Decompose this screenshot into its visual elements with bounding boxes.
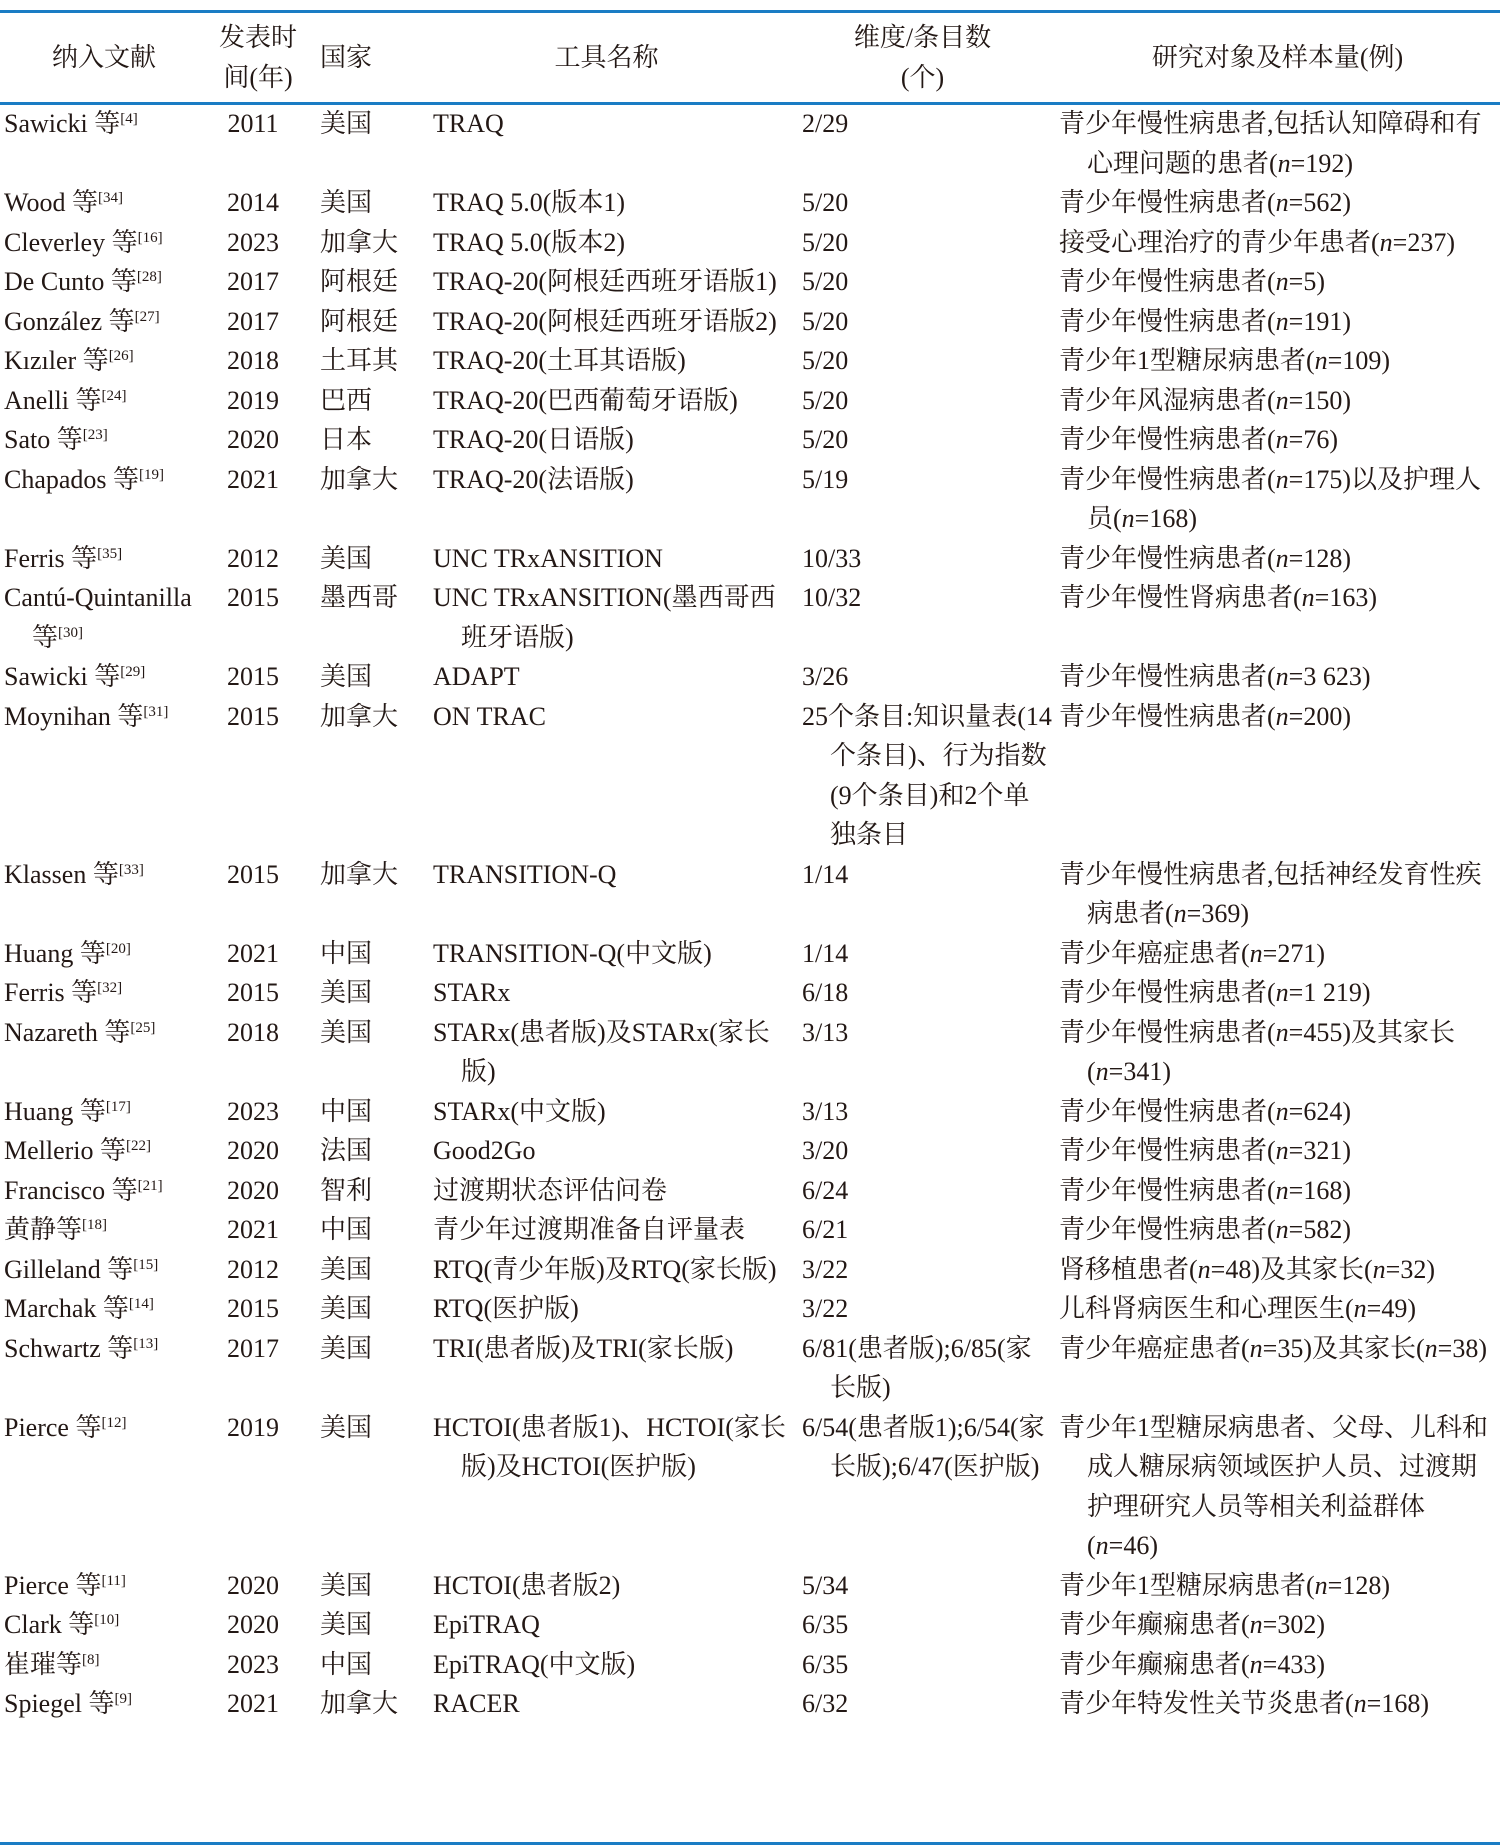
cell-year: 2020 — [208, 1131, 308, 1171]
dimensions-value: 1/14 — [802, 855, 1055, 895]
cell-country: 美国 — [308, 102, 423, 183]
citation: [11] — [101, 1573, 125, 1589]
cell-country: 美国 — [308, 1289, 423, 1329]
header-subjects: 研究对象及样本量(例) — [1055, 13, 1500, 102]
tool-name: STARx(中文版) — [433, 1092, 790, 1132]
cell-dimensions: 5/20 — [790, 420, 1055, 460]
cell-year: 2015 — [208, 973, 308, 1013]
cell-year: 2018 — [208, 1013, 308, 1092]
cell-reference: Clark 等[10] — [0, 1605, 208, 1645]
cell-subjects: 青少年慢性肾病患者(n=163) — [1055, 578, 1500, 657]
cell-subjects: 青少年慢性病患者(n=200) — [1055, 697, 1500, 855]
citation: [15] — [133, 1257, 158, 1273]
cell-reference: Huang 等[20] — [0, 934, 208, 974]
cell-subjects: 青少年癫痫患者(n=433) — [1055, 1645, 1500, 1685]
dimensions-value: 6/81(患者版);6/85(家长版) — [802, 1329, 1055, 1408]
cell-subjects: 青少年特发性关节炎患者(n=168) — [1055, 1684, 1500, 1724]
cell-year: 2017 — [208, 1329, 308, 1408]
cell-year: 2021 — [208, 934, 308, 974]
subjects-value: 青少年慢性病患者(n=76) — [1059, 420, 1494, 460]
cell-reference: Cantú-Quintanilla 等[30] — [0, 578, 208, 657]
cell-tool: HCTOI(患者版1)、HCTOI(家长版)及HCTOI(医护版) — [423, 1408, 790, 1566]
subjects-value: 青少年慢性病患者(n=3 623) — [1059, 657, 1494, 697]
cell-subjects: 青少年1型糖尿病患者(n=109) — [1055, 341, 1500, 381]
cell-country: 阿根廷 — [308, 262, 423, 302]
cell-reference: 黄静等[18] — [0, 1210, 208, 1250]
cell-dimensions: 3/26 — [790, 657, 1055, 697]
tool-name: TRI(患者版)及TRI(家长版) — [433, 1329, 790, 1369]
tool-name: HCTOI(患者版2) — [433, 1566, 790, 1606]
cell-country: 中国 — [308, 1092, 423, 1132]
author: Pierce 等 — [4, 1413, 101, 1442]
cell-year: 2023 — [208, 1092, 308, 1132]
cell-country: 土耳其 — [308, 341, 423, 381]
cell-year: 2015 — [208, 697, 308, 855]
cell-tool: TRAQ-20(土耳其语版) — [423, 341, 790, 381]
citation: [21] — [138, 1178, 163, 1194]
cell-tool: TRAQ-20(巴西葡萄牙语版) — [423, 381, 790, 421]
cell-subjects: 青少年慢性病患者(n=76) — [1055, 420, 1500, 460]
cell-country: 美国 — [308, 1329, 423, 1408]
cell-country: 加拿大 — [308, 855, 423, 934]
subjects-value: 青少年特发性关节炎患者(n=168) — [1059, 1684, 1494, 1724]
cell-subjects: 青少年慢性病患者(n=624) — [1055, 1092, 1500, 1132]
tool-name: STARx(患者版)及STARx(家长版) — [433, 1013, 790, 1092]
cell-year: 2015 — [208, 578, 308, 657]
author: Cantú-Quintanilla 等 — [4, 583, 192, 652]
tool-name: TRANSITION-Q — [433, 855, 790, 895]
author: Spiegel 等 — [4, 1689, 115, 1718]
cell-subjects: 青少年风湿病患者(n=150) — [1055, 381, 1500, 421]
author: Chapados 等 — [4, 465, 139, 494]
cell-reference: Wood 等[34] — [0, 183, 208, 223]
table-body: Sawicki 等[4] 2011 美国 TRAQ 2/29 青少年慢性病患者,… — [0, 102, 1500, 1724]
citation: [10] — [94, 1612, 119, 1628]
tool-name: RTQ(青少年版)及RTQ(家长版) — [433, 1250, 790, 1290]
author: Nazareth 等 — [4, 1018, 130, 1047]
cell-dimensions: 6/35 — [790, 1605, 1055, 1645]
table-row: Huang 等[20] 2021 中国 TRANSITION-Q(中文版) 1/… — [0, 934, 1500, 974]
citation: [16] — [138, 230, 163, 246]
table-row: Klassen 等[33] 2015 加拿大 TRANSITION-Q 1/14… — [0, 855, 1500, 934]
tool-name: TRAQ-20(巴西葡萄牙语版) — [433, 381, 790, 421]
dimensions-value: 25个条目:知识量表(14个条目)、行为指数(9个条目)和2个单独条目 — [802, 697, 1055, 855]
cell-tool: TRAQ-20(日语版) — [423, 420, 790, 460]
tool-name: TRAQ 5.0(版本2) — [433, 223, 790, 263]
cell-year: 2020 — [208, 1171, 308, 1211]
cell-dimensions: 5/20 — [790, 302, 1055, 342]
dimensions-value: 6/54(患者版1);6/54(家长版);6/47(医护版) — [802, 1408, 1055, 1487]
subjects-value: 青少年癫痫患者(n=433) — [1059, 1645, 1494, 1685]
cell-country: 美国 — [308, 1408, 423, 1566]
dimensions-value: 5/20 — [802, 262, 1055, 302]
table-row: Moynihan 等[31] 2015 加拿大 ON TRAC 25个条目:知识… — [0, 697, 1500, 855]
table-row: Wood 等[34] 2014 美国 TRAQ 5.0(版本1) 5/20 青少… — [0, 183, 1500, 223]
table-row: Ferris 等[35] 2012 美国 UNC TRxANSITION 10/… — [0, 539, 1500, 579]
cell-tool: EpiTRAQ — [423, 1605, 790, 1645]
subjects-value: 青少年慢性病患者(n=175)以及护理人员(n=168) — [1059, 460, 1494, 539]
cell-country: 加拿大 — [308, 697, 423, 855]
dimensions-value: 3/20 — [802, 1131, 1055, 1171]
cell-tool: Good2Go — [423, 1131, 790, 1171]
cell-tool: EpiTRAQ(中文版) — [423, 1645, 790, 1685]
citation: [29] — [120, 664, 145, 680]
author: Klassen 等 — [4, 860, 119, 889]
cell-tool: TRAQ-20(阿根廷西班牙语版2) — [423, 302, 790, 342]
cell-dimensions: 10/33 — [790, 539, 1055, 579]
author: Sato 等 — [4, 425, 83, 454]
table-row: Pierce 等[11] 2020 美国 HCTOI(患者版2) 5/34 青少… — [0, 1566, 1500, 1606]
cell-reference: Sato 等[23] — [0, 420, 208, 460]
cell-dimensions: 5/20 — [790, 381, 1055, 421]
cell-year: 2020 — [208, 1566, 308, 1606]
cell-country: 美国 — [308, 539, 423, 579]
dimensions-value: 2/29 — [802, 104, 1055, 144]
cell-year: 2021 — [208, 1210, 308, 1250]
tool-name: EpiTRAQ(中文版) — [433, 1645, 790, 1685]
author: Moynihan 等 — [4, 702, 143, 731]
cell-reference: Kızıler 等[26] — [0, 341, 208, 381]
cell-tool: TRAQ-20(阿根廷西班牙语版1) — [423, 262, 790, 302]
table-row: Mellerio 等[22] 2020 法国 Good2Go 3/20 青少年慢… — [0, 1131, 1500, 1171]
cell-year: 2020 — [208, 420, 308, 460]
cell-year: 2021 — [208, 460, 308, 539]
cell-dimensions: 1/14 — [790, 934, 1055, 974]
cell-reference: Chapados 等[19] — [0, 460, 208, 539]
subjects-value: 青少年慢性病患者(n=624) — [1059, 1092, 1494, 1132]
subjects-value: 青少年慢性病患者(n=321) — [1059, 1131, 1494, 1171]
tool-name: UNC TRxANSITION(墨西哥西班牙语版) — [433, 578, 790, 657]
cell-dimensions: 5/34 — [790, 1566, 1055, 1606]
cell-tool: TRANSITION-Q(中文版) — [423, 934, 790, 974]
author: Ferris 等 — [4, 978, 97, 1007]
dimensions-value: 6/18 — [802, 973, 1055, 1013]
citation: [22] — [126, 1138, 151, 1154]
tool-name: TRANSITION-Q(中文版) — [433, 934, 790, 974]
cell-dimensions: 3/13 — [790, 1013, 1055, 1092]
cell-tool: RTQ(青少年版)及RTQ(家长版) — [423, 1250, 790, 1290]
cell-subjects: 青少年慢性病患者(n=562) — [1055, 183, 1500, 223]
instruments-table: 纳入文献 发表时间(年) 国家 工具名称 维度/条目数(个) 研究对象及样本量(… — [0, 13, 1500, 1724]
tool-name: TRAQ-20(阿根廷西班牙语版2) — [433, 302, 790, 342]
author: Marchak 等 — [4, 1294, 129, 1323]
cell-year: 2015 — [208, 1289, 308, 1329]
cell-year: 2015 — [208, 855, 308, 934]
cell-subjects: 青少年1型糖尿病患者、父母、儿科和成人糖尿病领域医护人员、过渡期护理研究人员等相… — [1055, 1408, 1500, 1566]
cell-reference: González 等[27] — [0, 302, 208, 342]
cell-reference: Ferris 等[32] — [0, 973, 208, 1013]
cell-country: 美国 — [308, 1013, 423, 1092]
subjects-value: 青少年癌症患者(n=35)及其家长(n=38) — [1059, 1329, 1494, 1369]
tool-name: UNC TRxANSITION — [433, 539, 790, 579]
cell-tool: TRI(患者版)及TRI(家长版) — [423, 1329, 790, 1408]
dimensions-value: 3/13 — [802, 1013, 1055, 1053]
table-row: 黄静等[18] 2021 中国 青少年过渡期准备自评量表 6/21 青少年慢性病… — [0, 1210, 1500, 1250]
cell-reference: Pierce 等[12] — [0, 1408, 208, 1566]
cell-dimensions: 3/20 — [790, 1131, 1055, 1171]
cell-subjects: 青少年慢性病患者(n=175)以及护理人员(n=168) — [1055, 460, 1500, 539]
subjects-value: 青少年慢性肾病患者(n=163) — [1059, 578, 1494, 618]
tool-name: TRAQ — [433, 104, 790, 144]
dimensions-value: 5/20 — [802, 183, 1055, 223]
table-row: Huang 等[17] 2023 中国 STARx(中文版) 3/13 青少年慢… — [0, 1092, 1500, 1132]
cell-tool: TRAQ 5.0(版本2) — [423, 223, 790, 263]
cell-reference: Sawicki 等[29] — [0, 657, 208, 697]
tool-name: Good2Go — [433, 1131, 790, 1171]
citation: [18] — [82, 1217, 107, 1233]
subjects-value: 青少年风湿病患者(n=150) — [1059, 381, 1494, 421]
cell-country: 法国 — [308, 1131, 423, 1171]
citation: [13] — [133, 1336, 158, 1352]
cell-tool: HCTOI(患者版2) — [423, 1566, 790, 1606]
cell-reference: 崔璀等[8] — [0, 1645, 208, 1685]
table-row: Sawicki 等[4] 2011 美国 TRAQ 2/29 青少年慢性病患者,… — [0, 102, 1500, 183]
dimensions-value: 6/24 — [802, 1171, 1055, 1211]
cell-dimensions: 6/21 — [790, 1210, 1055, 1250]
cell-reference: De Cunto 等[28] — [0, 262, 208, 302]
tool-name: 青少年过渡期准备自评量表 — [433, 1210, 790, 1250]
dimensions-value: 5/20 — [802, 223, 1055, 263]
cell-tool: ADAPT — [423, 657, 790, 697]
cell-reference: Sawicki 等[4] — [0, 102, 208, 183]
tool-name: EpiTRAQ — [433, 1605, 790, 1645]
header-dimensions: 维度/条目数(个) — [790, 13, 1055, 102]
author: Clark 等 — [4, 1610, 94, 1639]
cell-dimensions: 5/20 — [790, 341, 1055, 381]
cell-year: 2023 — [208, 223, 308, 263]
cell-reference: Huang 等[17] — [0, 1092, 208, 1132]
cell-tool: UNC TRxANSITION — [423, 539, 790, 579]
author: Gilleland 等 — [4, 1255, 133, 1284]
dimensions-value: 5/34 — [802, 1566, 1055, 1606]
author: Cleverley 等 — [4, 228, 138, 257]
cell-year: 2018 — [208, 341, 308, 381]
cell-subjects: 青少年慢性病患者,包括认知障碍和有心理问题的患者(n=192) — [1055, 102, 1500, 183]
cell-country: 墨西哥 — [308, 578, 423, 657]
author: Pierce 等 — [4, 1571, 101, 1600]
tool-name: TRAQ 5.0(版本1) — [433, 183, 790, 223]
citation: [19] — [139, 467, 164, 483]
table-row: Pierce 等[12] 2019 美国 HCTOI(患者版1)、HCTOI(家… — [0, 1408, 1500, 1566]
cell-dimensions: 5/20 — [790, 223, 1055, 263]
cell-subjects: 肾移植患者(n=48)及其家长(n=32) — [1055, 1250, 1500, 1290]
tool-name: TRAQ-20(法语版) — [433, 460, 790, 500]
dimensions-value: 3/22 — [802, 1250, 1055, 1290]
tool-name: TRAQ-20(日语版) — [433, 420, 790, 460]
cell-reference: Spiegel 等[9] — [0, 1684, 208, 1724]
author: González 等 — [4, 307, 135, 336]
dimensions-value: 3/26 — [802, 657, 1055, 697]
citation: [33] — [119, 862, 144, 878]
author: Wood 等 — [4, 188, 98, 217]
cell-country: 美国 — [308, 657, 423, 697]
table-row: Nazareth 等[25] 2018 美国 STARx(患者版)及STARx(… — [0, 1013, 1500, 1092]
dimensions-value: 5/20 — [802, 381, 1055, 421]
table-row: Francisco 等[21] 2020 智利 过渡期状态评估问卷 6/24 青… — [0, 1171, 1500, 1211]
subjects-value: 肾移植患者(n=48)及其家长(n=32) — [1059, 1250, 1494, 1290]
cell-reference: Moynihan 等[31] — [0, 697, 208, 855]
cell-country: 日本 — [308, 420, 423, 460]
dimensions-value: 3/13 — [802, 1092, 1055, 1132]
citation: [27] — [135, 309, 160, 325]
cell-reference: Anelli 等[24] — [0, 381, 208, 421]
cell-country: 阿根廷 — [308, 302, 423, 342]
cell-dimensions: 5/19 — [790, 460, 1055, 539]
cell-country: 智利 — [308, 1171, 423, 1211]
cell-country: 美国 — [308, 973, 423, 1013]
subjects-value: 青少年慢性病患者(n=168) — [1059, 1171, 1494, 1211]
citation: [28] — [137, 269, 162, 285]
subjects-value: 青少年慢性病患者(n=582) — [1059, 1210, 1494, 1250]
author: De Cunto 等 — [4, 267, 137, 296]
cell-tool: STARx — [423, 973, 790, 1013]
table-row: González 等[27] 2017 阿根廷 TRAQ-20(阿根廷西班牙语版… — [0, 302, 1500, 342]
cell-dimensions: 10/32 — [790, 578, 1055, 657]
cell-dimensions: 6/54(患者版1);6/54(家长版);6/47(医护版) — [790, 1408, 1055, 1566]
cell-subjects: 青少年慢性病患者(n=128) — [1055, 539, 1500, 579]
cell-country: 美国 — [308, 1566, 423, 1606]
dimensions-value: 6/35 — [802, 1645, 1055, 1685]
cell-tool: TRAQ — [423, 102, 790, 183]
subjects-value: 青少年1型糖尿病患者(n=109) — [1059, 341, 1494, 381]
cell-year: 2020 — [208, 1605, 308, 1645]
cell-dimensions: 6/81(患者版);6/85(家长版) — [790, 1329, 1055, 1408]
author: Sawicki 等 — [4, 109, 120, 138]
citation: [34] — [98, 190, 123, 206]
cell-subjects: 青少年慢性病患者(n=321) — [1055, 1131, 1500, 1171]
cell-reference: Schwartz 等[13] — [0, 1329, 208, 1408]
dimensions-value: 3/22 — [802, 1289, 1055, 1329]
table-row: Sawicki 等[29] 2015 美国 ADAPT 3/26 青少年慢性病患… — [0, 657, 1500, 697]
tool-name: TRAQ-20(阿根廷西班牙语版1) — [433, 262, 790, 302]
dimensions-value: 6/32 — [802, 1684, 1055, 1724]
cell-subjects: 青少年慢性病患者(n=168) — [1055, 1171, 1500, 1211]
cell-dimensions: 6/35 — [790, 1645, 1055, 1685]
citation: [9] — [115, 1691, 133, 1707]
author: Kızıler 等 — [4, 346, 109, 375]
dimensions-value: 5/20 — [802, 341, 1055, 381]
subjects-value: 青少年慢性病患者(n=1 219) — [1059, 973, 1494, 1013]
subjects-value: 青少年癫痫患者(n=302) — [1059, 1605, 1494, 1645]
author: 崔璀等 — [4, 1650, 82, 1679]
cell-subjects: 青少年癌症患者(n=35)及其家长(n=38) — [1055, 1329, 1500, 1408]
cell-dimensions: 2/29 — [790, 102, 1055, 183]
cell-dimensions: 6/32 — [790, 1684, 1055, 1724]
cell-reference: Pierce 等[11] — [0, 1566, 208, 1606]
header-tool: 工具名称 — [423, 13, 790, 102]
cell-tool: UNC TRxANSITION(墨西哥西班牙语版) — [423, 578, 790, 657]
cell-subjects: 青少年慢性病患者(n=455)及其家长(n=341) — [1055, 1013, 1500, 1092]
cell-subjects: 青少年慢性病患者,包括神经发育性疾病患者(n=369) — [1055, 855, 1500, 934]
author: Ferris 等 — [4, 544, 97, 573]
citation: [8] — [82, 1652, 100, 1668]
cell-tool: TRAQ 5.0(版本1) — [423, 183, 790, 223]
cell-tool: STARx(患者版)及STARx(家长版) — [423, 1013, 790, 1092]
citation: [4] — [120, 111, 138, 127]
subjects-value: 青少年1型糖尿病患者、父母、儿科和成人糖尿病领域医护人员、过渡期护理研究人员等相… — [1059, 1408, 1494, 1566]
table-header-row: 纳入文献 发表时间(年) 国家 工具名称 维度/条目数(个) 研究对象及样本量(… — [0, 13, 1500, 102]
table-row: Schwartz 等[13] 2017 美国 TRI(患者版)及TRI(家长版)… — [0, 1329, 1500, 1408]
citation: [12] — [101, 1415, 126, 1431]
table-bottom-rule — [0, 1842, 1500, 1845]
table-row: Sato 等[23] 2020 日本 TRAQ-20(日语版) 5/20 青少年… — [0, 420, 1500, 460]
cell-country: 美国 — [308, 1250, 423, 1290]
dimensions-value: 1/14 — [802, 934, 1055, 974]
cell-subjects: 青少年慢性病患者(n=3 623) — [1055, 657, 1500, 697]
cell-country: 美国 — [308, 183, 423, 223]
tool-name: 过渡期状态评估问卷 — [433, 1171, 790, 1211]
cell-year: 2012 — [208, 539, 308, 579]
table-row: Kızıler 等[26] 2018 土耳其 TRAQ-20(土耳其语版) 5/… — [0, 341, 1500, 381]
cell-dimensions: 1/14 — [790, 855, 1055, 934]
cell-reference: Gilleland 等[15] — [0, 1250, 208, 1290]
cell-dimensions: 5/20 — [790, 262, 1055, 302]
cell-country: 加拿大 — [308, 223, 423, 263]
tool-name: RTQ(医护版) — [433, 1289, 790, 1329]
cell-country: 中国 — [308, 934, 423, 974]
cell-subjects: 青少年慢性病患者(n=5) — [1055, 262, 1500, 302]
subjects-value: 儿科肾病医生和心理医生(n=49) — [1059, 1289, 1494, 1329]
header-year-label: 发表时间(年) — [213, 18, 303, 98]
citation: [30] — [58, 625, 83, 641]
cell-year: 2012 — [208, 1250, 308, 1290]
cell-country: 巴西 — [308, 381, 423, 421]
table-row: Anelli 等[24] 2019 巴西 TRAQ-20(巴西葡萄牙语版) 5/… — [0, 381, 1500, 421]
author: Sawicki 等 — [4, 662, 120, 691]
tool-name: RACER — [433, 1684, 790, 1724]
citation: [14] — [129, 1296, 154, 1312]
cell-country: 中国 — [308, 1645, 423, 1685]
author: Schwartz 等 — [4, 1334, 133, 1363]
table-row: De Cunto 等[28] 2017 阿根廷 TRAQ-20(阿根廷西班牙语版… — [0, 262, 1500, 302]
header-ref: 纳入文献 — [0, 13, 208, 102]
subjects-value: 青少年慢性病患者(n=200) — [1059, 697, 1494, 737]
cell-year: 2017 — [208, 262, 308, 302]
dimensions-value: 6/35 — [802, 1605, 1055, 1645]
citation: [23] — [83, 427, 108, 443]
cell-tool: ON TRAC — [423, 697, 790, 855]
cell-reference: Nazareth 等[25] — [0, 1013, 208, 1092]
subjects-value: 青少年慢性病患者(n=562) — [1059, 183, 1494, 223]
cell-year: 2019 — [208, 1408, 308, 1566]
cell-subjects: 儿科肾病医生和心理医生(n=49) — [1055, 1289, 1500, 1329]
subjects-value: 青少年慢性病患者,包括神经发育性疾病患者(n=369) — [1059, 855, 1494, 934]
citation: [17] — [106, 1099, 131, 1115]
citation: [25] — [130, 1020, 155, 1036]
tool-name: ADAPT — [433, 657, 790, 697]
cell-dimensions: 5/20 — [790, 183, 1055, 223]
cell-subjects: 青少年1型糖尿病患者(n=128) — [1055, 1566, 1500, 1606]
cell-reference: Ferris 等[35] — [0, 539, 208, 579]
citation: [20] — [106, 941, 131, 957]
cell-subjects: 青少年慢性病患者(n=1 219) — [1055, 973, 1500, 1013]
subjects-value: 青少年癌症患者(n=271) — [1059, 934, 1494, 974]
subjects-value: 青少年慢性病患者(n=191) — [1059, 302, 1494, 342]
header-dimensions-label: 维度/条目数(个) — [853, 18, 993, 98]
cell-dimensions: 6/24 — [790, 1171, 1055, 1211]
table-row: 崔璀等[8] 2023 中国 EpiTRAQ(中文版) 6/35 青少年癫痫患者… — [0, 1645, 1500, 1685]
cell-tool: RTQ(医护版) — [423, 1289, 790, 1329]
cell-dimensions: 6/18 — [790, 973, 1055, 1013]
cell-year: 2023 — [208, 1645, 308, 1685]
dimensions-value: 5/20 — [802, 302, 1055, 342]
cell-year: 2017 — [208, 302, 308, 342]
table-row: Ferris 等[32] 2015 美国 STARx 6/18 青少年慢性病患者… — [0, 973, 1500, 1013]
dimensions-value: 5/19 — [802, 460, 1055, 500]
subjects-value: 青少年慢性病患者,包括认知障碍和有心理问题的患者(n=192) — [1059, 104, 1494, 183]
subjects-value: 青少年1型糖尿病患者(n=128) — [1059, 1566, 1494, 1606]
cell-reference: Klassen 等[33] — [0, 855, 208, 934]
